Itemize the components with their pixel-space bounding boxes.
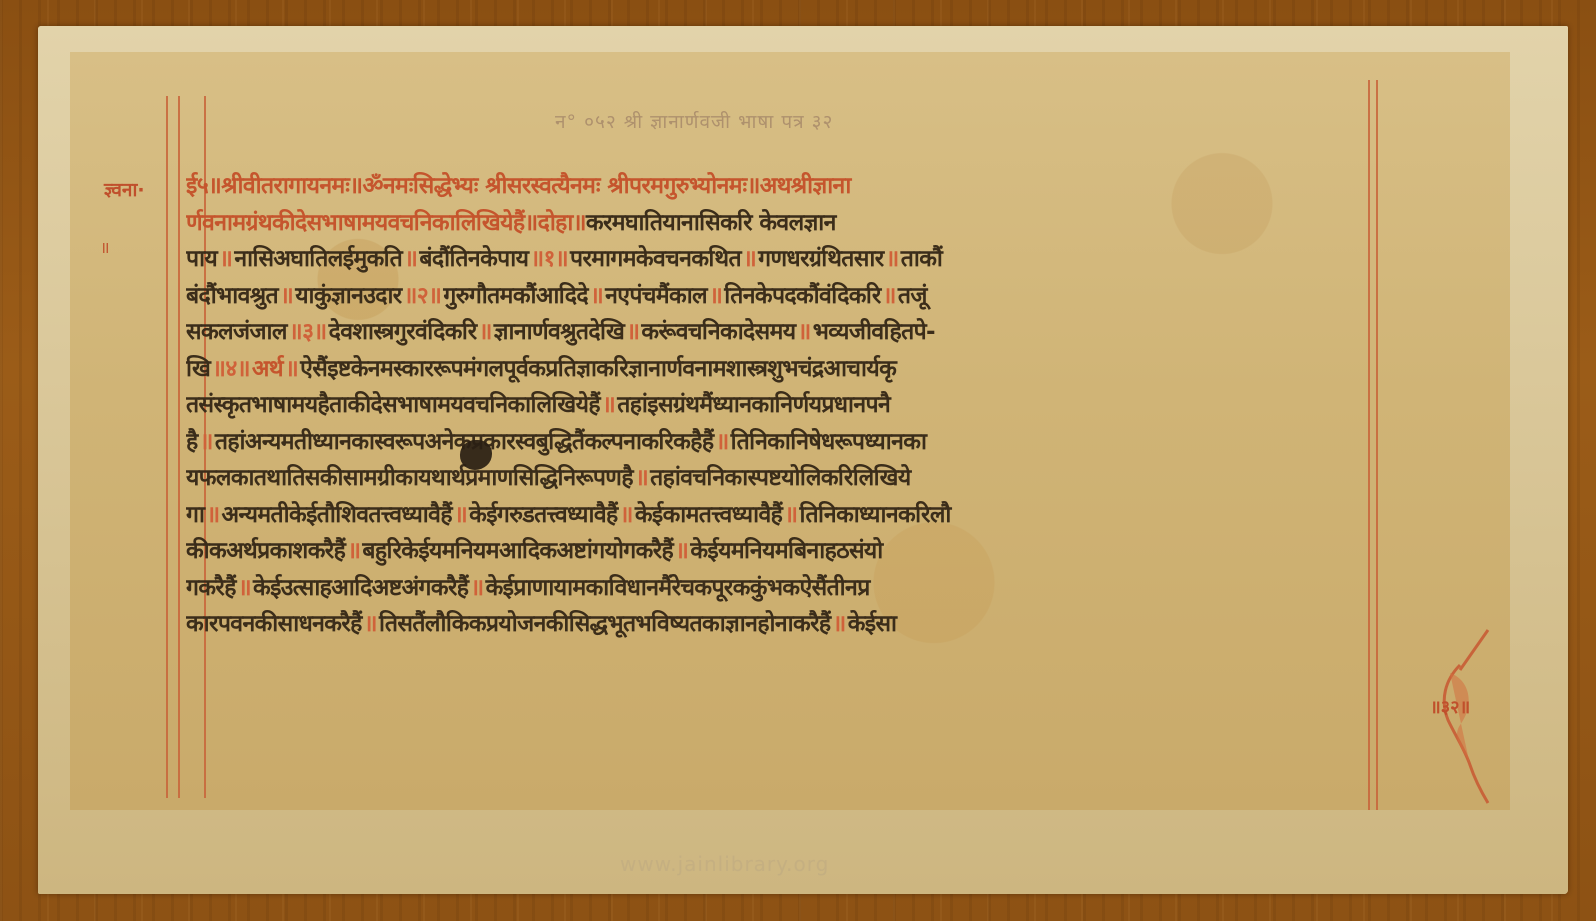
text-segment: करमघातियानासिकरि केवलज्ञान (586, 210, 836, 236)
danda-mark: ॥ (217, 246, 234, 272)
manuscript-line: गा॥अन्यमतीकेईतौशिवतत्त्वध्यावैहैं॥केईगरु… (186, 497, 1366, 534)
left-margin-rule-middle (178, 96, 180, 798)
text-segment: भव्यजीवहितपे- (813, 319, 935, 345)
text-segment: तिनकेपदकौंवंदिकरि (724, 283, 880, 309)
danda-mark: ॥ (402, 246, 419, 272)
text-segment: केईयमनियमबिनाहठसंयो (690, 538, 882, 564)
text-segment: गणधरग्रंथितसार (758, 246, 883, 272)
danda-mark: ॥ (831, 611, 848, 637)
text-segment: पाय (186, 246, 217, 272)
danda-mark: ॥४॥ (210, 356, 252, 382)
danda-mark: ॥ (796, 319, 813, 345)
manuscript-line: बंदौंभावश्रुत॥याकुंज्ञानउदार॥२॥गुरुगौतमक… (186, 278, 1366, 315)
text-segment: केईकामतत्त्वध्यावैहैं (635, 502, 782, 528)
manuscript-line: कीकअर्थप्रकाशकरैहैं॥बहुरिकेईयमनियमआदिकअष… (186, 533, 1366, 570)
text-segment: बंदौंतिनकेपाय (419, 246, 528, 272)
danda-mark: ॥ (362, 611, 379, 637)
text-segment: ऐसैंइष्टकेनमस्काररूपमंगलपूर्वकप्रतिज्ञाक… (300, 356, 896, 382)
text-segment: ई५॥श्रीवीतरागायनमः॥ॐनमःसिद्धेभ्यः श्रीसर… (186, 173, 851, 199)
danda-mark: ॥१॥ (528, 246, 570, 272)
right-margin-rule-inner (1368, 80, 1370, 810)
text-segment: अर्थ (252, 356, 283, 382)
text-segment: तिनिकानिषेधरूपध्यानका (731, 429, 927, 455)
text-segment: बंदौंभावश्रुत (186, 283, 278, 309)
left-margin-title: ज्ञ्वना· (104, 176, 145, 202)
text-segment: याकुंज्ञानउदार (295, 283, 401, 309)
text-segment: गकरैहैं (186, 575, 236, 601)
manuscript-line: यफलकातथातिसकीसामग्रीकायथार्थप्रमाणसिद्धि… (186, 460, 1366, 497)
text-segment: केईगरुडतत्त्वध्यावैहैं (469, 502, 618, 528)
text-segment: है (186, 429, 198, 455)
danda-mark: ॥ (278, 283, 295, 309)
text-segment: बहुरिकेईयमनियमआदिकअष्टांगयोगकरैहैं (362, 538, 673, 564)
danda-mark: ॥ (452, 502, 469, 528)
manuscript-line: खि॥४॥अर्थ॥ऐसैंइष्टकेनमस्काररूपमंगलपूर्वक… (186, 351, 1366, 388)
text-segment: गुरुगौतमकौंआदिदे (443, 283, 588, 309)
left-margin-mark: ॥ (100, 236, 110, 258)
text-segment: केईप्राणायामकाविधानमैंरेचकपूरककुंभकऐसैंत… (486, 575, 870, 601)
manuscript-line: ई५॥श्रीवीतरागायनमः॥ॐनमःसिद्धेभ्यः श्रीसर… (186, 168, 1366, 205)
text-segment: यफलकातथातिसकीसामग्रीकायथार्थप्रमाणसिद्धि… (186, 465, 633, 491)
text-segment: नासिअघातिलईमुकति (234, 246, 402, 272)
text-segment: परमागमकेवचनकथित (570, 246, 741, 272)
text-segment: र्णवनामग्रंथकीदेसभाषामयवचनिकालिखियेहैं॥द… (186, 210, 586, 236)
danda-mark: ॥ (713, 429, 730, 455)
folio-number-ornament-icon: ॥३२॥ (1420, 625, 1500, 805)
folio-number: ॥३२॥ (1430, 697, 1470, 718)
text-segment: केईसा (848, 611, 897, 637)
danda-mark: ॥ (588, 283, 605, 309)
manuscript-line: र्णवनामग्रंथकीदेसभाषामयवचनिकालिखियेहैं॥द… (186, 205, 1366, 242)
danda-mark: ॥ (236, 575, 253, 601)
text-segment: देवशास्त्रगुरवंदिकरि (329, 319, 477, 345)
text-segment: तिनिकाध्यानकरिलौ (799, 502, 950, 528)
danda-mark: ॥ (673, 538, 690, 564)
danda-mark: ॥ (884, 246, 901, 272)
text-segment: कारपवनकीसाधनकरैहैं (186, 611, 362, 637)
danda-mark: ॥ (618, 502, 635, 528)
danda-mark: ॥ (741, 246, 758, 272)
text-segment: सकलजंजाल (186, 319, 287, 345)
manuscript-line: पाय॥नासिअघातिलईमुकति॥बंदौंतिनकेपाय॥१॥परम… (186, 241, 1366, 278)
danda-mark: ॥ (477, 319, 494, 345)
text-segment: तिसतैंलौकिकप्रयोजनकीसिद्धभूतभविष्यतकाज्ञ… (379, 611, 831, 637)
danda-mark: ॥ (204, 502, 221, 528)
danda-mark: ॥ (633, 465, 650, 491)
manuscript-text-body: ई५॥श्रीवीतरागायनमः॥ॐनमःसिद्धेभ्यः श्रीसर… (186, 168, 1366, 643)
text-segment: ताकौं (901, 246, 943, 272)
text-segment: कीकअर्थप्रकाशकरैहैं (186, 538, 345, 564)
watermark-text: www.jainlibrary.org (620, 852, 829, 876)
text-segment: तहांइसग्रंथमैंध्यानकानिर्णयप्रधानपनै (617, 392, 890, 418)
text-segment: तसंस्कृतभाषामयहैताकीदेसभाषामयवचनिकालिखिय… (186, 392, 600, 418)
danda-mark: ॥ (707, 283, 724, 309)
text-segment: करूंवचनिकादेसमय (641, 319, 795, 345)
text-segment: ज्ञानार्णवश्रुतदेखि (494, 319, 624, 345)
danda-mark: ॥ (600, 392, 617, 418)
folio-header-note: न° ०५२ श्री ज्ञानार्णवजी भाषा पत्र ३२ (555, 108, 833, 134)
text-segment: तजूं (898, 283, 927, 309)
manuscript-line: कारपवनकीसाधनकरैहैं॥तिसतैंलौकिकप्रयोजनकीस… (186, 606, 1366, 643)
danda-mark: ॥ (782, 502, 799, 528)
danda-mark: ॥ (468, 575, 485, 601)
text-segment: अन्यमतीकेईतौशिवतत्त्वध्यावैहैं (222, 502, 452, 528)
danda-mark: ॥ (198, 429, 215, 455)
danda-mark: ॥ (283, 356, 300, 382)
danda-mark: ॥ (345, 538, 362, 564)
manuscript-line: गकरैहैं॥केईउत्साहआदिअष्टअंगकरैहैं॥केईप्र… (186, 570, 1366, 607)
manuscript-line: सकलजंजाल॥३॥देवशास्त्रगुरवंदिकरि॥ज्ञानार्… (186, 314, 1366, 351)
right-margin-rule-outer (1376, 80, 1378, 810)
text-segment: खि (186, 356, 210, 382)
text-segment: तहांवचनिकास्पष्टयोलिकरिलिखिये (650, 465, 910, 491)
text-segment: नएपंचमैंकाल (605, 283, 707, 309)
text-segment: गा (186, 502, 204, 528)
danda-mark: ॥ (881, 283, 898, 309)
text-segment: केईउत्साहआदिअष्टअंगकरैहैं (253, 575, 468, 601)
danda-mark: ॥२॥ (402, 283, 444, 309)
danda-mark: ॥ (624, 319, 641, 345)
manuscript-line: तसंस्कृतभाषामयहैताकीदेसभाषामयवचनिकालिखिय… (186, 387, 1366, 424)
left-margin-rule-outer (166, 96, 168, 798)
danda-mark: ॥३॥ (287, 319, 329, 345)
manuscript-line: है॥तहांअन्यमतीध्यानकास्वरूपअनेकप्रकारस्व… (186, 424, 1366, 461)
